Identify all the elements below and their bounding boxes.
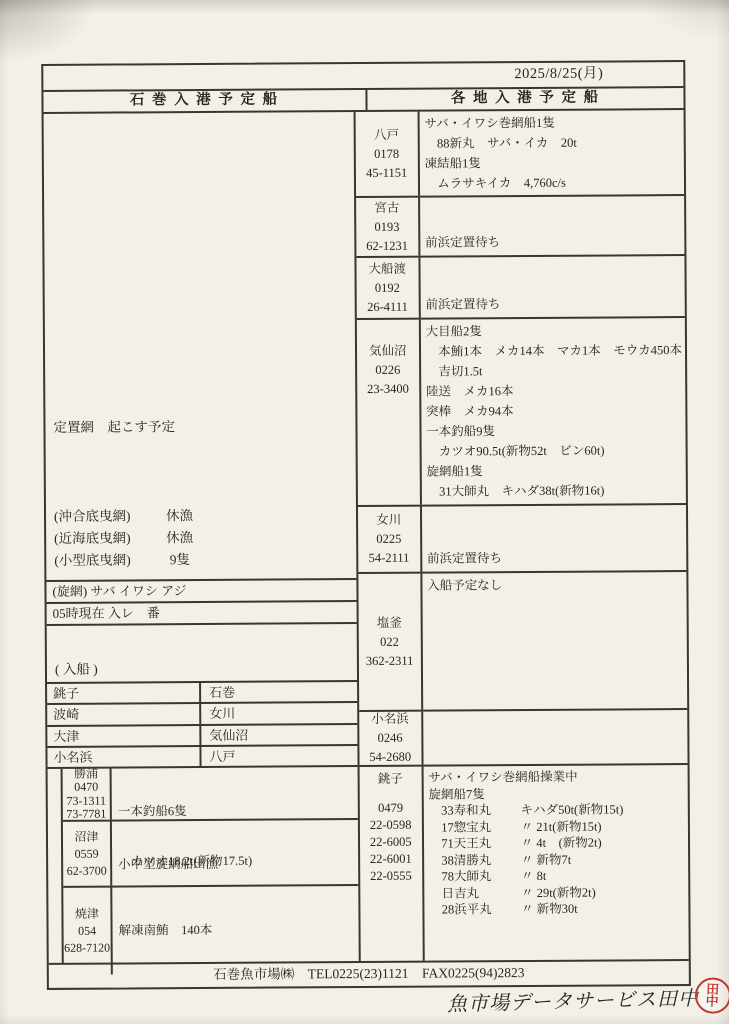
port-block-miyako: 宮古 0193 62-1231 前浜定置待ち xyxy=(356,196,685,258)
port-name: 小名浜 xyxy=(371,710,409,729)
port-contact: 銚子 0479 22-0598 22-6005 22-6001 22-0555 xyxy=(359,767,424,961)
vessel-row: 78大師丸 〃 8t xyxy=(429,867,685,885)
report-line: 一本釣船9隻 xyxy=(426,420,682,442)
phone-number: 0178 xyxy=(374,144,399,163)
report-line: 旋網船7隻 xyxy=(428,785,684,803)
phone-number: 23-3400 xyxy=(367,380,409,399)
seine-row: (旋網) サバ イワシ アジ xyxy=(46,580,356,604)
vessel-row: 28浜平丸 〃 新物30t xyxy=(429,900,685,918)
port-report xyxy=(423,710,688,765)
vessel-row: 17惣宝丸 〃 21t(新物15t) xyxy=(429,818,685,836)
port-contact: 小名浜 0246 54-2680 xyxy=(359,712,423,765)
report-line: 31大師丸 キハダ38t(新物16t) xyxy=(427,480,683,502)
vessel-row: 日吉丸 〃 29t(新物2t) xyxy=(429,884,685,902)
table-row: 小名浜 八戸 xyxy=(47,746,357,769)
phone-number: 26-4111 xyxy=(367,297,408,316)
port-block-ofunato: 大船渡 0192 26-4111 前浜定置待ち xyxy=(356,256,685,320)
gear-label: (沖合底曳網) xyxy=(54,505,166,528)
vessel-row: 33寿和丸 キハダ50t(新物15t) xyxy=(429,801,685,819)
date-label: 2025/8/25(月) xyxy=(514,66,603,83)
phone-number: 62-1231 xyxy=(366,236,408,255)
vessel-catch: 〃 8t xyxy=(521,868,546,885)
port-block-onagawa: 女川 0225 54-2111 前浜定置待ち xyxy=(358,505,687,574)
port-cell: 大津 xyxy=(47,726,201,746)
vessel-name: 78大師丸 xyxy=(429,868,521,885)
report-line: サバ・イワシ巻網船1隻 xyxy=(424,112,680,134)
phone-number: 0470 xyxy=(74,781,98,795)
port-name: 気仙沼 xyxy=(369,342,407,361)
report-line: 旋網船1隻 xyxy=(426,460,682,482)
gear-status: 休漁 xyxy=(166,527,193,549)
vessel-row: 71天王丸 〃 4t (新物2t) xyxy=(429,834,685,852)
port-block-hachinohe: 八戸 0178 45-1151 サバ・イワシ巻網船1隻 88新丸 サバ・イカ 2… xyxy=(355,110,684,198)
report-line: 88新丸 サバ・イカ 20t xyxy=(424,132,680,154)
phone-number: 0226 xyxy=(375,361,400,380)
port-contact: 八戸 0178 45-1151 xyxy=(355,112,420,196)
phone-number: 22-6005 xyxy=(370,834,412,851)
port-cell: 波崎 xyxy=(47,704,201,724)
phone-number: 45-1151 xyxy=(366,163,407,182)
port-report: 解凍南鮪 140本 xyxy=(112,886,358,974)
vessel-catch: 〃 29t(新物2t) xyxy=(521,884,596,901)
credit-line: 魚市場データサービス田中 田 中 xyxy=(433,977,729,1020)
vessel-catch: 〃 4t (新物2t) xyxy=(521,835,602,852)
phone-number: 022 xyxy=(380,632,399,651)
port-contact: 沼津 0559 62-3700 xyxy=(63,822,112,886)
table-body: 定置網 起こす予定 (沖合底曳網) 休漁 (近海底曳網) 休漁 (小型底曳網) xyxy=(44,110,689,963)
gear-row: (近海底曳網) 休漁 xyxy=(54,526,348,550)
gear-label: (小型底曳網) xyxy=(54,549,166,572)
report-line: 解凍南鮪 140本 xyxy=(119,921,353,939)
vessel-catch: 〃 新物30t xyxy=(521,901,578,918)
port-contact: 気仙沼 0226 23-3400 xyxy=(357,320,422,505)
vessel-catch: キハダ50t(新物15t) xyxy=(521,801,624,818)
phone-number: 73-7781 xyxy=(66,808,106,822)
hanko-stamp-icon: 田 中 xyxy=(694,977,729,1015)
port-report: サバ・イワシ巻網船操業中 旋網船7隻 33寿和丸 キハダ50t(新物15t) 1… xyxy=(423,765,688,961)
date-row: 2025/8/25(月) xyxy=(43,62,683,92)
phone-number: 54-2111 xyxy=(369,549,410,568)
report-line: カツオ90.5t(新物52t ビン60t) xyxy=(426,440,682,462)
phone-number: 0192 xyxy=(375,278,400,297)
vessel-catch: 〃 21t(新物15t) xyxy=(521,818,602,835)
report-line: ムラサキイカ 4,760c/s xyxy=(425,172,681,194)
other-ports-column: 八戸 0178 45-1151 サバ・イワシ巻網船1隻 88新丸 サバ・イカ 2… xyxy=(355,110,688,961)
header-ishinomaki-arrivals: 石 巻 入 港 予 定 船 xyxy=(43,90,367,112)
scanned-document: 2025/8/25(月) 石 巻 入 港 予 定 船 各 地 入 港 予 定 船… xyxy=(0,0,729,1024)
vessel-name: 日吉丸 xyxy=(429,885,521,902)
incoming-ships-cell: ( 入船 ) xyxy=(47,624,357,684)
port-cell: 女川 xyxy=(201,703,357,723)
report-line: 突棒 メカ94本 xyxy=(426,400,682,422)
vessel-row: 38清勝丸 〃 新物7t xyxy=(429,851,685,869)
table-row: 波崎 女川 xyxy=(47,703,357,726)
set-net-note: 定置網 起こす予定 xyxy=(53,414,347,436)
stamp-char-bottom: 中 xyxy=(705,995,720,1008)
gear-label: (近海底曳網) xyxy=(54,527,166,550)
port-report: 小中型旋網船出漁 xyxy=(112,820,358,885)
port-name: 八戸 xyxy=(374,125,399,144)
ishinomaki-column: 定置網 起こす予定 (沖合底曳網) 休漁 (近海底曳網) 休漁 (小型底曳網) xyxy=(44,112,361,963)
phone-number: 62-3700 xyxy=(67,862,107,879)
gear-status: 休漁 xyxy=(166,505,193,527)
phone-number: 0193 xyxy=(374,217,399,236)
vessel-name: 33寿和丸 xyxy=(429,802,521,819)
phone-number: 22-6001 xyxy=(370,851,412,868)
port-contact: 焼津 054 628-7120 xyxy=(63,888,113,975)
phone-number: 22-0555 xyxy=(370,868,412,885)
phone-number: 0559 xyxy=(75,845,99,862)
port-block-numazu: 沼津 0559 62-3700 小中型旋網船出漁 xyxy=(63,820,358,888)
port-name: 焼津 xyxy=(75,905,99,922)
port-contact: 大船渡 0192 26-4111 xyxy=(356,258,420,318)
port-block-onahama: 小名浜 0246 54-2680 xyxy=(359,710,688,767)
port-block-shiogama: 塩釜 022 362-2311 入船予定なし xyxy=(358,572,687,712)
phone-number: 54-2680 xyxy=(369,748,411,767)
phone-number: 0246 xyxy=(378,729,403,748)
port-block-katsuura: 勝浦 0470 73-1311 73-7781 一本釣船6隻 カツオ18.2t(… xyxy=(63,767,358,822)
vessel-name: 28浜平丸 xyxy=(429,901,521,918)
port-report: 大目船2隻 本鮪1本 メカ14本 マカ1本 モウカ450本 吉切1.5t 陸送 … xyxy=(421,318,686,505)
port-name: 銚子 xyxy=(378,771,403,788)
incoming-ships-label: ( 入船 ) xyxy=(55,658,98,678)
ishinomaki-main-cell: 定置網 起こす予定 (沖合底曳網) 休漁 (近海底曳網) 休漁 (小型底曳網) xyxy=(44,112,357,582)
port-block-choshi: 銚子 0479 22-0598 22-6005 22-6001 22-0555 … xyxy=(359,765,688,961)
report-line: 陸送 メカ16本 xyxy=(426,380,682,402)
port-report: 前浜定置待ち xyxy=(422,505,687,572)
credit-text: 魚市場データサービス田中 xyxy=(447,981,700,1016)
port-block-yaizu: 焼津 054 628-7120 解凍南鮪 140本 xyxy=(63,886,358,974)
port-report: 前浜定置待ち xyxy=(420,196,685,256)
southern-ports-subtable: 勝浦 0470 73-1311 73-7781 一本釣船6隻 カツオ18.2t(… xyxy=(61,767,359,963)
port-cell: 気仙沼 xyxy=(201,725,357,745)
port-name: 塩釜 xyxy=(377,613,402,632)
port-contact: 勝浦 0470 73-1311 73-7781 xyxy=(63,769,112,820)
port-report: 前浜定置待ち xyxy=(420,256,685,318)
port-contact: 塩釜 022 362-2311 xyxy=(358,574,423,710)
port-name: 女川 xyxy=(376,511,401,530)
phone-number: 22-0598 xyxy=(370,817,412,834)
phone-number: 0225 xyxy=(376,530,401,549)
report-line: サバ・イワシ巻網船操業中 xyxy=(428,768,684,786)
time-status-row: 05時現在 入レ 番 xyxy=(47,602,357,626)
port-contact: 女川 0225 54-2111 xyxy=(358,507,422,572)
vessel-name: 38清勝丸 xyxy=(429,852,521,869)
table-row: 大津 気仙沼 xyxy=(47,725,357,748)
port-report: サバ・イワシ巻網船1隻 88新丸 サバ・イカ 20t 凍結船1隻 ムラサキイカ … xyxy=(419,110,684,196)
report-line: 前浜定置待ち xyxy=(425,231,681,253)
port-cell: 銚子 xyxy=(47,683,201,703)
gear-row: (小型底曳網) 9隻 xyxy=(54,548,348,572)
port-cell: 小名浜 xyxy=(47,747,201,767)
port-pair-table: 銚子 石巻 波崎 女川 大津 気仙沼 小名浜 八戸 xyxy=(47,682,357,769)
report-line: 凍結船1隻 xyxy=(425,152,681,174)
report-line: 吉切1.5t xyxy=(426,360,682,382)
port-report: 一本釣船6隻 カツオ18.2t(新物17.5t) xyxy=(112,767,358,820)
report-line: 大目船2隻 xyxy=(426,320,682,342)
port-report: 入船予定なし xyxy=(422,572,687,710)
report-line: 前浜定置待ち xyxy=(425,293,681,315)
vessel-name: 71天王丸 xyxy=(429,835,521,852)
port-name: 沼津 xyxy=(74,828,98,845)
report-line: 入船予定なし xyxy=(427,574,683,596)
gear-status-list: (沖合底曳網) 休漁 (近海底曳網) 休漁 (小型底曳網) 9隻 xyxy=(54,504,348,572)
phone-number: 0479 xyxy=(378,800,403,817)
phone-number: 628-7120 xyxy=(64,939,110,956)
vessel-name: 17惣宝丸 xyxy=(429,819,521,836)
port-cell: 石巻 xyxy=(201,682,357,702)
report-line: 前浜定置待ち xyxy=(427,547,683,569)
gear-status: 9隻 xyxy=(166,549,190,571)
port-name: 宮古 xyxy=(374,198,399,217)
phone-number: 362-2311 xyxy=(366,651,414,670)
report-line: 一本釣船6隻 xyxy=(118,802,352,820)
port-name: 大船渡 xyxy=(368,259,406,278)
port-block-kesennuma: 気仙沼 0226 23-3400 大目船2隻 本鮪1本 メカ14本 マカ1本 モ… xyxy=(357,318,686,507)
port-cell: 八戸 xyxy=(201,746,357,766)
header-other-ports-arrivals: 各 地 入 港 予 定 船 xyxy=(367,88,683,110)
phone-number: 054 xyxy=(78,922,96,939)
report-line: 本鮪1本 メカ14本 マカ1本 モウカ450本 xyxy=(426,340,682,362)
table-row: 銚子 石巻 xyxy=(47,682,357,705)
gear-row: (沖合底曳網) 休漁 xyxy=(54,504,348,528)
port-contact: 宮古 0193 62-1231 xyxy=(356,198,420,256)
schedule-table: 2025/8/25(月) 石 巻 入 港 予 定 船 各 地 入 港 予 定 船… xyxy=(41,60,691,990)
vessel-catch: 〃 新物7t xyxy=(521,851,571,868)
report-line: 小中型旋網船出漁 xyxy=(118,855,352,873)
